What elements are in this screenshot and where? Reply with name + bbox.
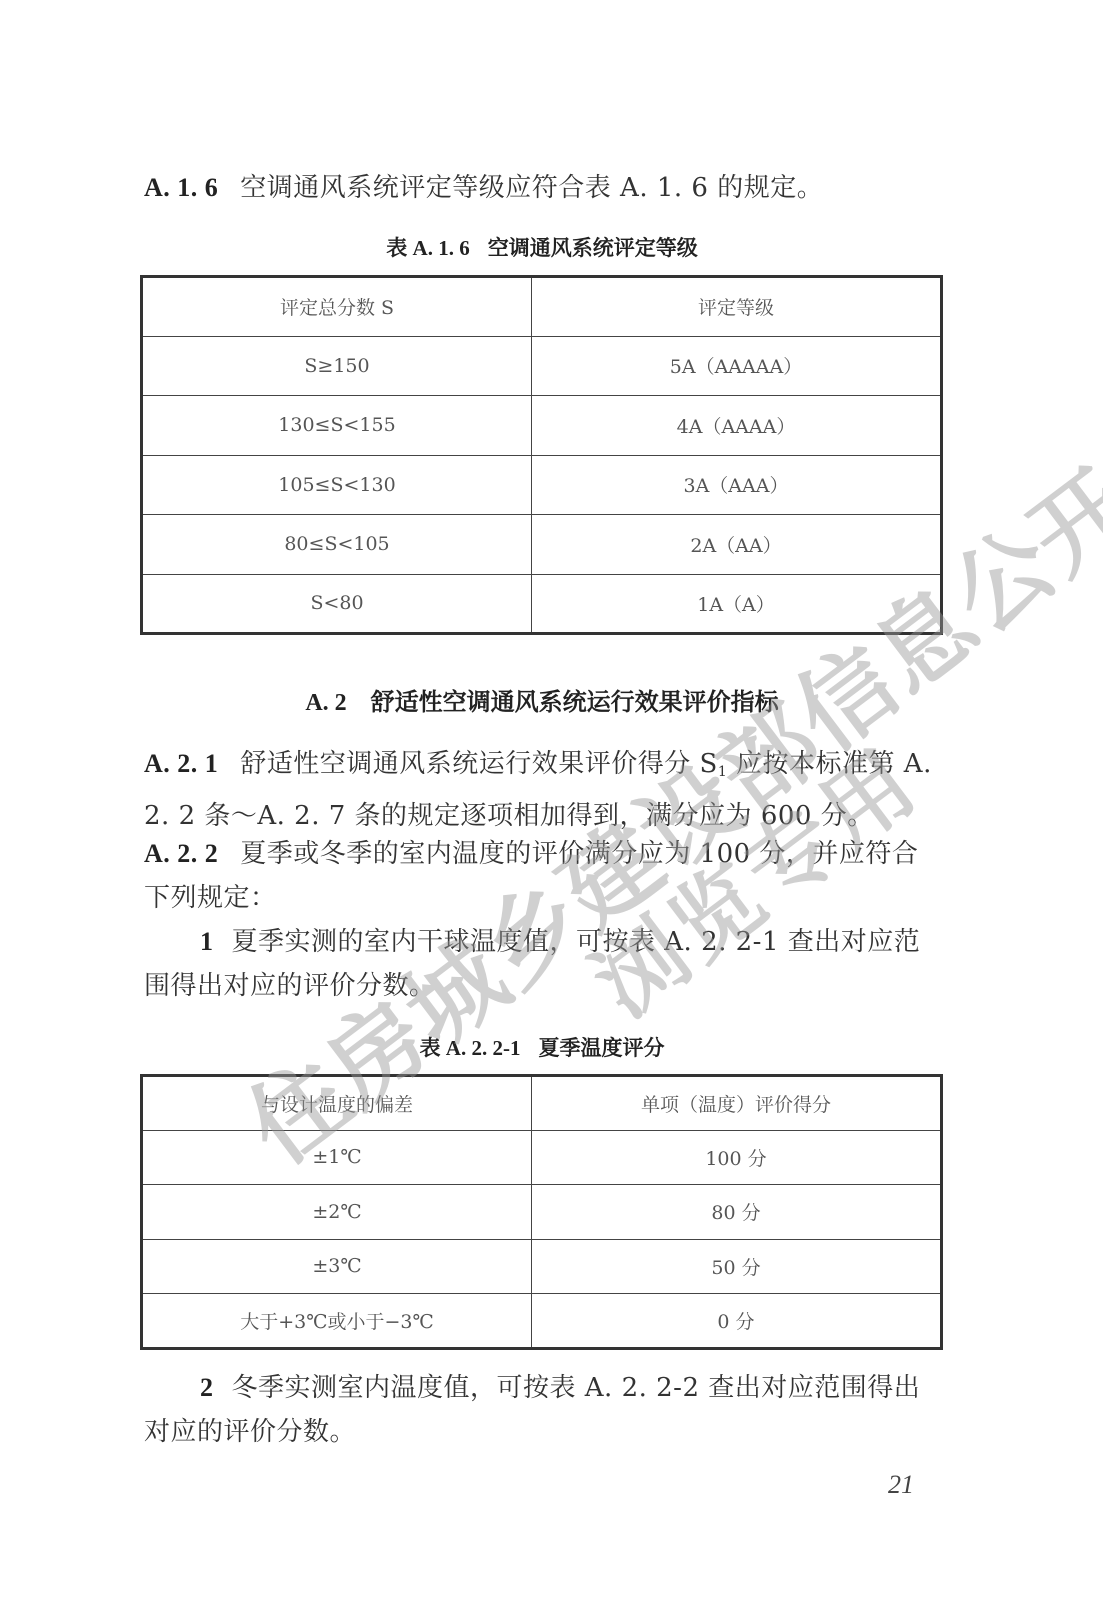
cell-grade: 1A（A） (532, 574, 942, 634)
cell-deviation: ±1℃ (142, 1130, 532, 1185)
page-number: 21 (888, 1470, 914, 1500)
cell-deviation: ±3℃ (142, 1239, 532, 1294)
cell-score: 80 分 (532, 1185, 942, 1240)
cell-score: S<80 (142, 574, 532, 634)
cell-grade: 3A（AAA） (532, 455, 942, 515)
table-row: 80≤S<105 2A（AA） (142, 515, 942, 575)
subscript: 1 (718, 764, 727, 780)
clause-number: A. 2. 2 (144, 839, 218, 868)
caption-title: 空调通风系统评定等级 (488, 236, 698, 260)
clause-text-part1: 舒适性空调通风系统运行效果评价得分 S (240, 749, 718, 779)
item-number: 2 (200, 1373, 214, 1402)
table-a221-caption: 表 A. 2. 2-1夏季温度评分 (140, 1032, 944, 1062)
clause-text: 夏季或冬季的室内温度的评价满分应为 100 分，并应符合下列规定： (144, 839, 918, 913)
item-text: 夏季实测的室内干球温度值，可按表 A. 2. 2-1 查出对应范围得出对应的评价… (144, 927, 920, 1001)
clause-a22: A. 2. 2夏季或冬季的室内温度的评价满分应为 100 分，并应符合下列规定： (144, 832, 944, 920)
cell-deviation: ±2℃ (142, 1185, 532, 1240)
table-a16-caption: 表 A. 1. 6空调通风系统评定等级 (140, 232, 944, 262)
table-row: S<80 1A（A） (142, 574, 942, 634)
header-total-score: 评定总分数 S (142, 277, 532, 337)
list-item-2: 2冬季实测室内温度值，可按表 A. 2. 2-2 查出对应范围得出对应的评价分数… (144, 1366, 944, 1454)
cell-score: 105≤S<130 (142, 455, 532, 515)
caption-number: 表 A. 2. 2-1 (420, 1036, 521, 1060)
table-row: ±3℃ 50 分 (142, 1239, 942, 1294)
header-grade: 评定等级 (532, 277, 942, 337)
cell-score: 80≤S<105 (142, 515, 532, 575)
clause-a16: A. 1. 6空调通风系统评定等级应符合表 A. 1. 6 的规定。 (144, 166, 944, 210)
table-row: 130≤S<155 4A（AAAA） (142, 396, 942, 456)
table-a16: 评定总分数 S 评定等级 S≥150 5A（AAAAA） 130≤S<155 4… (140, 275, 943, 635)
caption-number: 表 A. 1. 6 (386, 236, 469, 260)
item-text: 冬季实测室内温度值，可按表 A. 2. 2-2 查出对应范围得出对应的评价分数。 (144, 1373, 920, 1447)
header-score: 单项（温度）评价得分 (532, 1076, 942, 1131)
cell-grade: 5A（AAAAA） (532, 336, 942, 396)
clause-text: 空调通风系统评定等级应符合表 A. 1. 6 的规定。 (240, 173, 823, 203)
clause-number: A. 2. 1 (144, 749, 218, 778)
cell-score: 130≤S<155 (142, 396, 532, 456)
cell-score: 100 分 (532, 1130, 942, 1185)
table-row: ±2℃ 80 分 (142, 1185, 942, 1240)
clause-a21: A. 2. 1舒适性空调通风系统运行效果评价得分 S1 应按本标准第 A. 2.… (144, 742, 944, 838)
table-header-row: 与设计温度的偏差 单项（温度）评价得分 (142, 1076, 942, 1131)
table-row: 105≤S<130 3A（AAA） (142, 455, 942, 515)
cell-score: 0 分 (532, 1294, 942, 1349)
section-number: A. 2 (305, 690, 346, 716)
cell-score: S≥150 (142, 336, 532, 396)
table-header-row: 评定总分数 S 评定等级 (142, 277, 942, 337)
table-row: S≥150 5A（AAAAA） (142, 336, 942, 396)
table-a221: 与设计温度的偏差 单项（温度）评价得分 ±1℃ 100 分 ±2℃ 80 分 ±… (140, 1074, 943, 1350)
cell-grade: 2A（AA） (532, 515, 942, 575)
header-deviation: 与设计温度的偏差 (142, 1076, 532, 1131)
cell-deviation: 大于+3℃或小于−3℃ (142, 1294, 532, 1349)
section-title-text: 舒适性空调通风系统运行效果评价指标 (371, 688, 779, 716)
list-item-1: 1夏季实测的室内干球温度值，可按表 A. 2. 2-1 查出对应范围得出对应的评… (144, 920, 944, 1008)
section-a2-title: A. 2舒适性空调通风系统运行效果评价指标 (140, 682, 944, 717)
item-number: 1 (200, 927, 214, 956)
document-page: A. 1. 6空调通风系统评定等级应符合表 A. 1. 6 的规定。 表 A. … (0, 0, 1103, 1598)
table-row: 大于+3℃或小于−3℃ 0 分 (142, 1294, 942, 1349)
clause-number: A. 1. 6 (144, 173, 218, 202)
caption-title: 夏季温度评分 (538, 1036, 664, 1060)
cell-grade: 4A（AAAA） (532, 396, 942, 456)
table-row: ±1℃ 100 分 (142, 1130, 942, 1185)
cell-score: 50 分 (532, 1239, 942, 1294)
